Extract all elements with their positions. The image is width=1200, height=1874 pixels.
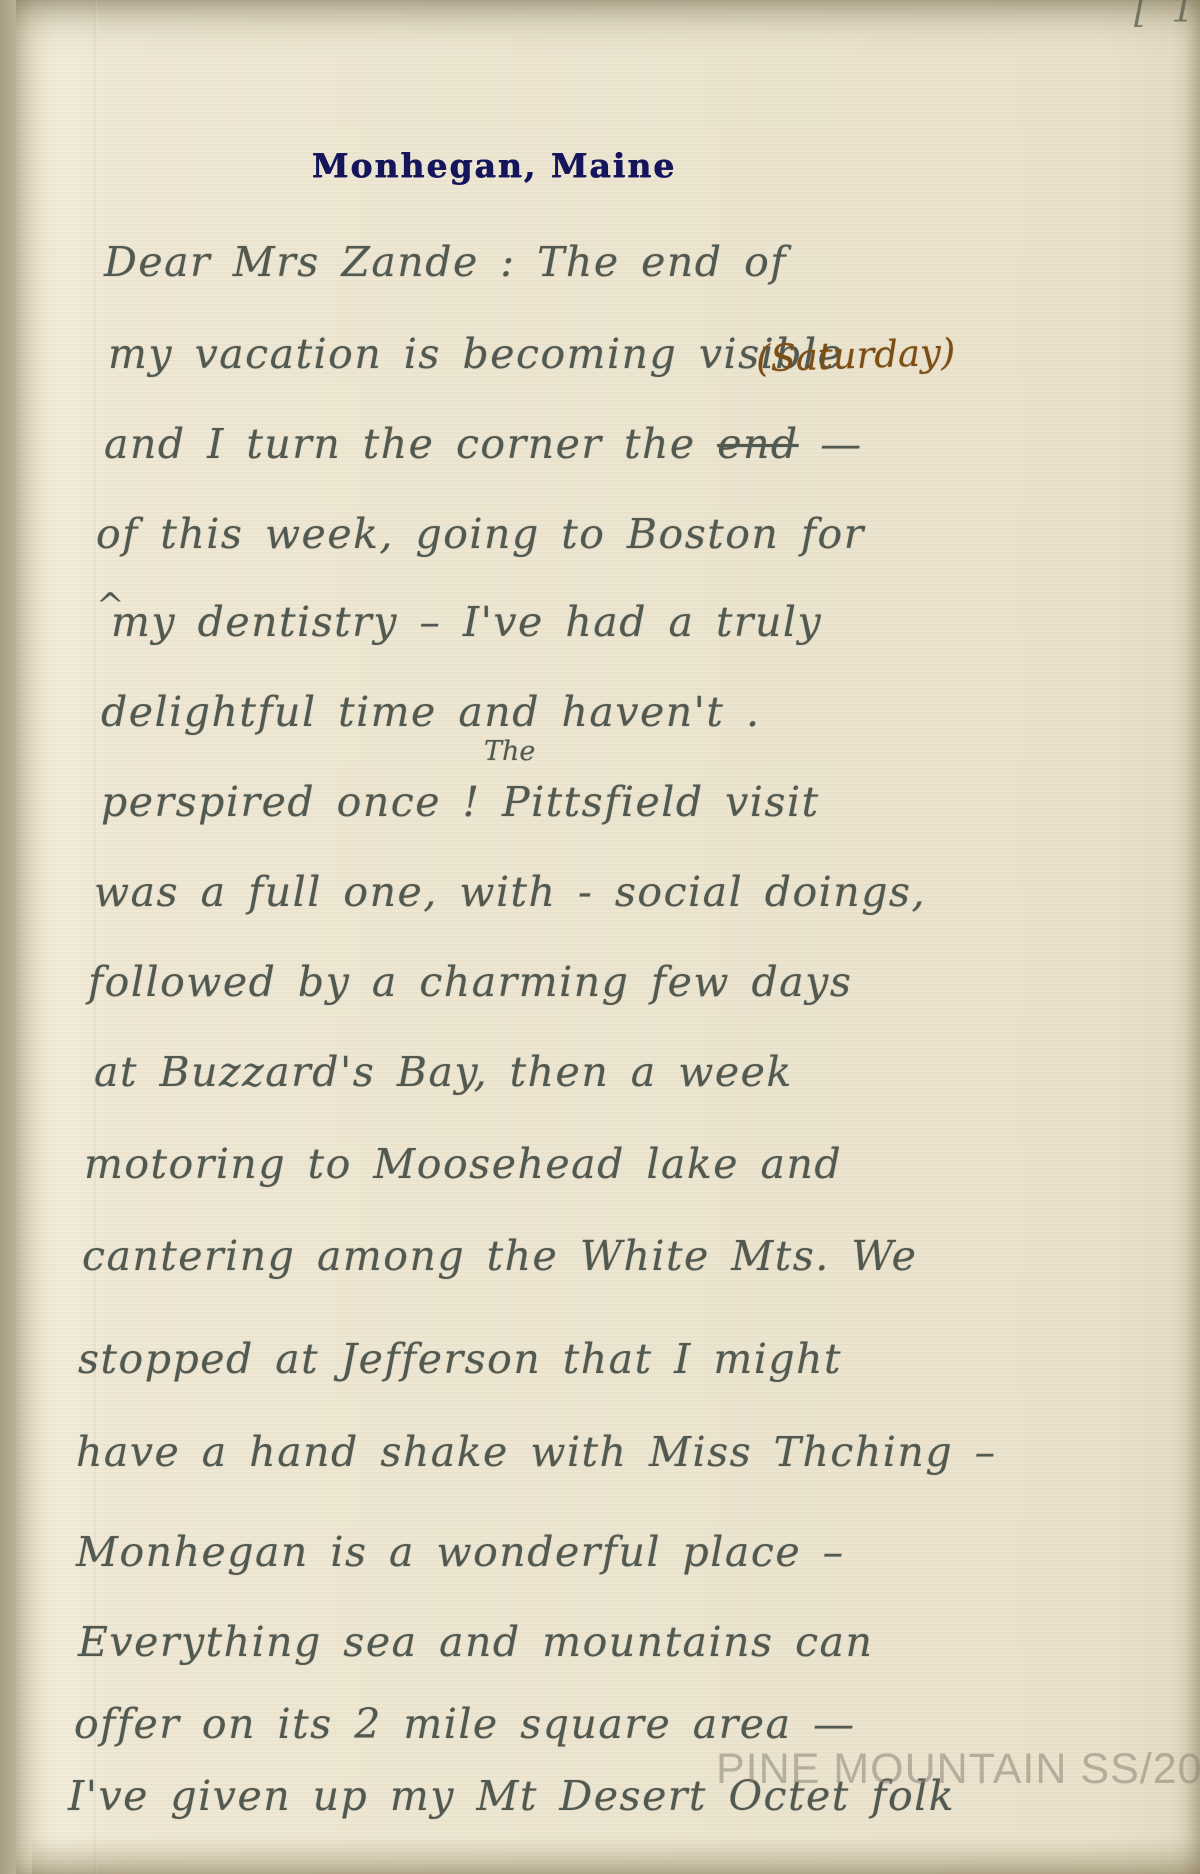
letter-line: was a full one, with - social doings, <box>94 868 926 916</box>
letter-line: motoring to Moosehead lake and <box>84 1140 842 1188</box>
letter-line: offer on its 2 mile square area — <box>74 1700 856 1748</box>
insertion-caret-mark: ^ <box>96 586 125 626</box>
letter-line: my vacation is becoming visible <box>108 330 843 378</box>
letter-line-segment: — <box>799 420 863 468</box>
scan-edge-shadow <box>0 0 16 1874</box>
letter-line: Monhegan is a wonderful place – <box>76 1528 845 1576</box>
letter-line: stopped at Jefferson that I might <box>78 1335 842 1383</box>
struck-word: end <box>717 420 798 468</box>
letter-line: perspired once ! Pittsfield visit <box>101 778 820 826</box>
letterhead-text: Monhegan, Maine <box>16 146 972 185</box>
inserted-word-the: The <box>484 736 535 767</box>
letter-line: delightful time and haven't . <box>101 688 760 736</box>
letter-line: my dentistry – I've had a truly <box>111 598 822 646</box>
letter-line: cantering among the White Mts. We <box>82 1232 917 1280</box>
letter-line: Everything sea and mountains can <box>78 1618 873 1666</box>
letter-line: followed by a charming few days <box>88 958 852 1006</box>
archive-watermark: PINE MOUNTAIN SS/2018 <box>716 1745 1200 1794</box>
letter-line: at Buzzard's Bay, then a week <box>94 1048 793 1096</box>
scan-bottom-shadow <box>32 1838 1200 1874</box>
letter-line: and I turn the corner the end — <box>104 420 863 468</box>
letter-line: of this week, going to Boston for <box>96 510 865 558</box>
paper-crease <box>94 0 97 1874</box>
letter-line-segment: and I turn the corner the <box>104 420 717 468</box>
letter-paper: [ 1 Monhegan, Maine Dear Mrs Zande : The… <box>16 0 1200 1874</box>
letter-line: have a hand shake with Miss Thching – <box>76 1428 997 1476</box>
letter-scan: [ 1 Monhegan, Maine Dear Mrs Zande : The… <box>0 0 1200 1874</box>
page-number-mark: [ 1 <box>1134 0 1200 31</box>
letter-line: Dear Mrs Zande : The end of <box>104 238 787 286</box>
saturday-annotation: (Saturday) <box>755 331 956 381</box>
